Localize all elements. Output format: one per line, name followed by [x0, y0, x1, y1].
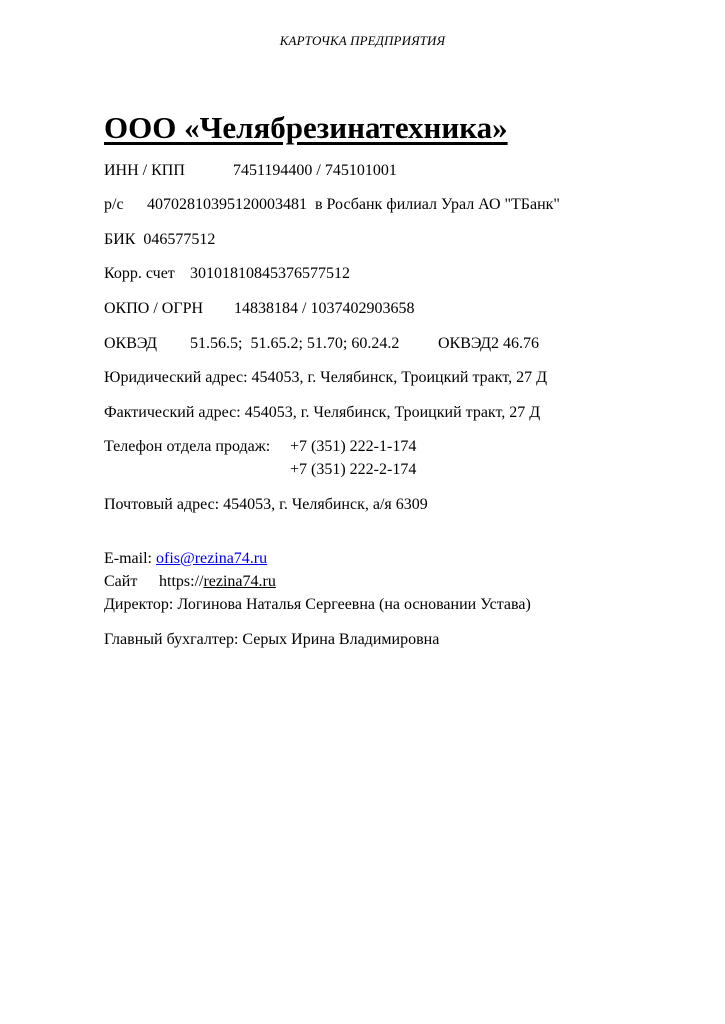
okpo-ogrn-value: 14838184 / 1037402903658	[234, 300, 414, 317]
email-row: E-mail: ofis@rezina74.ru	[104, 549, 267, 569]
sales-phone-label: Телефон отдела продаж:	[104, 437, 290, 457]
bik-row: БИК 046577512	[104, 230, 215, 250]
account-label: р/с	[104, 195, 147, 215]
okved-label: ОКВЭД	[104, 334, 190, 354]
legal-address: Юридический адрес: 454053, г. Челябинск,…	[104, 368, 547, 388]
okved2-value: 46.76	[503, 335, 539, 352]
okved-value: 51.56.5; 51.65.2; 51.70; 60.24.2	[190, 334, 438, 354]
postal-address: Почтовый адрес: 454053, г. Челябинск, а/…	[104, 495, 428, 515]
director: Директор: Логинова Наталья Сергеевна (на…	[104, 595, 531, 615]
corr-account-label: Корр. счет	[104, 264, 190, 284]
inn-kpp-row: ИНН / КПП7451194400 / 745101001	[104, 161, 397, 181]
okpo-ogrn-label: ОКПО / ОГРН	[104, 299, 234, 319]
inn-kpp-value: 7451194400 / 745101001	[233, 162, 397, 179]
account-bank: в Росбанк филиал Урал АО "ТБанк"	[315, 196, 560, 213]
okpo-ogrn-row: ОКПО / ОГРН14838184 / 1037402903658	[104, 299, 414, 319]
site-row: Сайтhttps://rezina74.ru	[104, 572, 276, 592]
site-domain: rezina74.ru	[203, 573, 275, 590]
sales-phone-row: Телефон отдела продаж:+7 (351) 222-1-174	[104, 437, 416, 457]
email-label: E-mail:	[104, 550, 152, 567]
sales-phone-2: +7 (351) 222-2-174	[290, 460, 416, 480]
bik-label: БИК	[104, 231, 135, 248]
bik-value: 046577512	[143, 231, 215, 248]
corr-account-row: Корр. счет30101810845376577512	[104, 264, 350, 284]
email-link[interactable]: ofis@rezina74.ru	[156, 550, 267, 567]
okved-row: ОКВЭД51.56.5; 51.65.2; 51.70; 60.24.2ОКВ…	[104, 334, 539, 354]
account-number: 40702810395120003481	[147, 196, 307, 213]
site-label: Сайт	[104, 572, 159, 592]
company-title: ООО «Челябрезинатехника»	[104, 110, 508, 146]
document-header: КАРТОЧКА ПРЕДПРИЯТИЯ	[0, 33, 725, 49]
chief-accountant: Главный бухгалтер: Серых Ирина Владимиро…	[104, 630, 439, 650]
inn-kpp-label: ИНН / КПП	[104, 161, 233, 181]
actual-address: Фактический адрес: 454053, г. Челябинск,…	[104, 403, 540, 423]
site-prefix: https://	[159, 573, 203, 590]
corr-account-value: 30101810845376577512	[190, 265, 350, 282]
okved2-label: ОКВЭД2	[438, 335, 499, 352]
account-row: р/с40702810395120003481 в Росбанк филиал…	[104, 195, 560, 215]
site-link[interactable]: https://rezina74.ru	[159, 573, 276, 590]
sales-phone-1: +7 (351) 222-1-174	[290, 438, 416, 455]
